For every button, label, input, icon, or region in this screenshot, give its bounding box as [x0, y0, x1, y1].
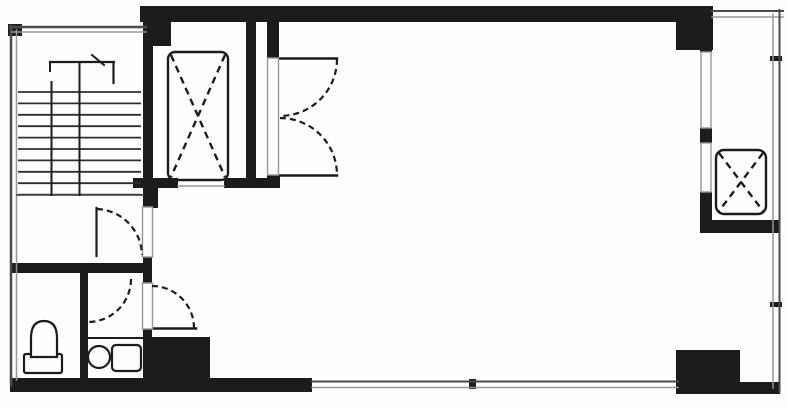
bottom-right-column: [676, 350, 740, 384]
stair-direction-slash: [92, 55, 104, 65]
duct-bottom-wall: [705, 220, 780, 233]
double-door-swing-arc-top: [280, 59, 337, 116]
elevator-shaft-left-wall: [143, 22, 153, 188]
top-main-wall: [140, 6, 713, 22]
duct-wall-segment-top: [700, 22, 712, 52]
lobby-wall-upper-stub: [143, 188, 158, 208]
double-door-swing-arc-bottom: [280, 118, 337, 175]
sink-icon: [88, 346, 110, 368]
lobby-door-swing-arc: [97, 209, 142, 255]
bottom-center-column: [152, 337, 210, 382]
double-door-frame: [268, 58, 279, 175]
entry-door-swing-arc: [152, 286, 194, 328]
lobby-door-opening: [143, 207, 153, 257]
bottom-wall-right: [676, 382, 780, 394]
lobby-wall-lower-stub: [143, 329, 152, 378]
floor-plan: [0, 0, 787, 408]
wc-kitchen-partition: [80, 273, 88, 383]
entry-door-opening: [143, 283, 153, 329]
toilet-bowl-icon: [31, 321, 57, 357]
duct-wall-opening-upper: [701, 52, 711, 128]
elevator-shaft-right-wall: [246, 22, 256, 188]
lobby-toilet-wall: [10, 263, 143, 273]
shaft-sill-wall-right: [224, 178, 280, 188]
lobby-wall-mid-stub: [143, 257, 152, 284]
counter-box-icon: [112, 345, 141, 371]
floor-plan-drawing: [0, 0, 787, 408]
kitchenette-door-swing-arc: [88, 279, 131, 322]
double-door-top-stub: [267, 22, 279, 58]
duct-wall-opening-lower: [701, 143, 711, 192]
duct-wall-segment-mid: [700, 128, 712, 143]
